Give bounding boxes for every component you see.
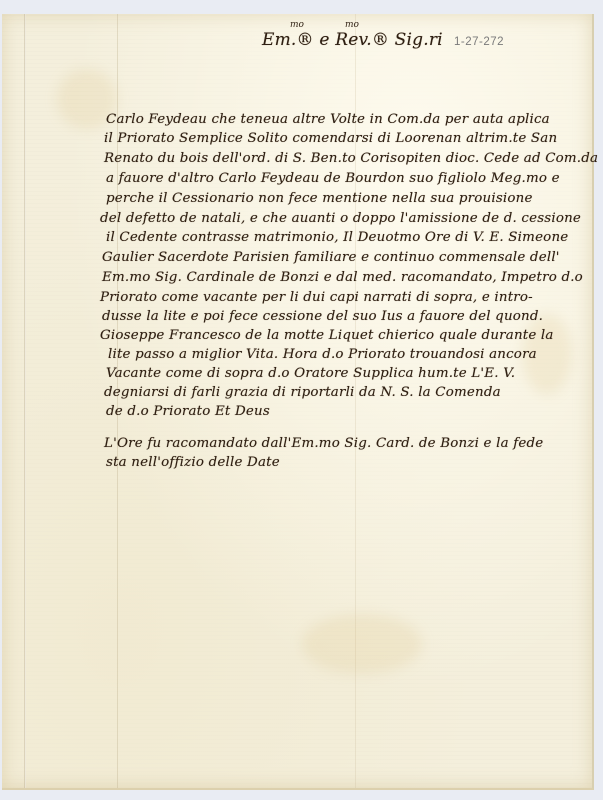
fold-crease-left [24,14,26,788]
manuscript-line: de d.o Priorato Et Deus [106,404,270,419]
manuscript-line: Carlo Feydeau che teneua altre Volte in … [106,112,550,127]
postscript-line: L'Ore fu racomandato dall'Em.mo Sig. Car… [104,436,543,451]
manuscript-line: Gioseppe Francesco de la motte Liquet ch… [100,328,554,343]
document-scan: Em.® e Rev.® Sig.ri mo mo 1-27-272 Carlo… [0,0,603,800]
manuscript-line: a fauore d'altro Carlo Feydeau de Bourdo… [106,171,560,186]
manuscript-line: perche il Cessionario non fece mentione … [106,191,533,206]
manuscript-line: del defetto de natali, e che auanti o do… [100,211,581,226]
manuscript-line: Gaulier Sacerdote Parisien familiare e c… [102,250,560,265]
manuscript-line: Em.mo Sig. Cardinale de Bonzi e dal med.… [102,270,583,285]
manuscript-line: il Priorato Semplice Solito comendarsi d… [104,131,557,146]
manuscript-line: dusse la lite e poi fece cessione del su… [102,309,543,324]
manuscript-line: lite passo a miglior Vita. Hora d.o Prio… [108,347,537,362]
manuscript-line: Priorato come vacante per li dui capi na… [100,290,533,305]
salutation-heading: Em.® e Rev.® Sig.ri [262,30,443,50]
heading-superscript: mo [345,20,359,30]
postscript-line: sta nell'offizio delle Date [106,455,280,470]
paper-stain [302,614,422,674]
manuscript-line: degniarsi di farli grazia di riportarli … [104,385,501,400]
manuscript-line: Renato du bois dell'ord. di S. Ben.to Co… [104,151,598,166]
archive-reference-number: 1-27-272 [454,36,504,48]
manuscript-line: Vacante come di sopra d.o Oratore Suppli… [106,366,515,381]
heading-superscript: mo [290,20,304,30]
manuscript-line: il Cedente contrasse matrimonio, Il Deuo… [106,230,568,245]
